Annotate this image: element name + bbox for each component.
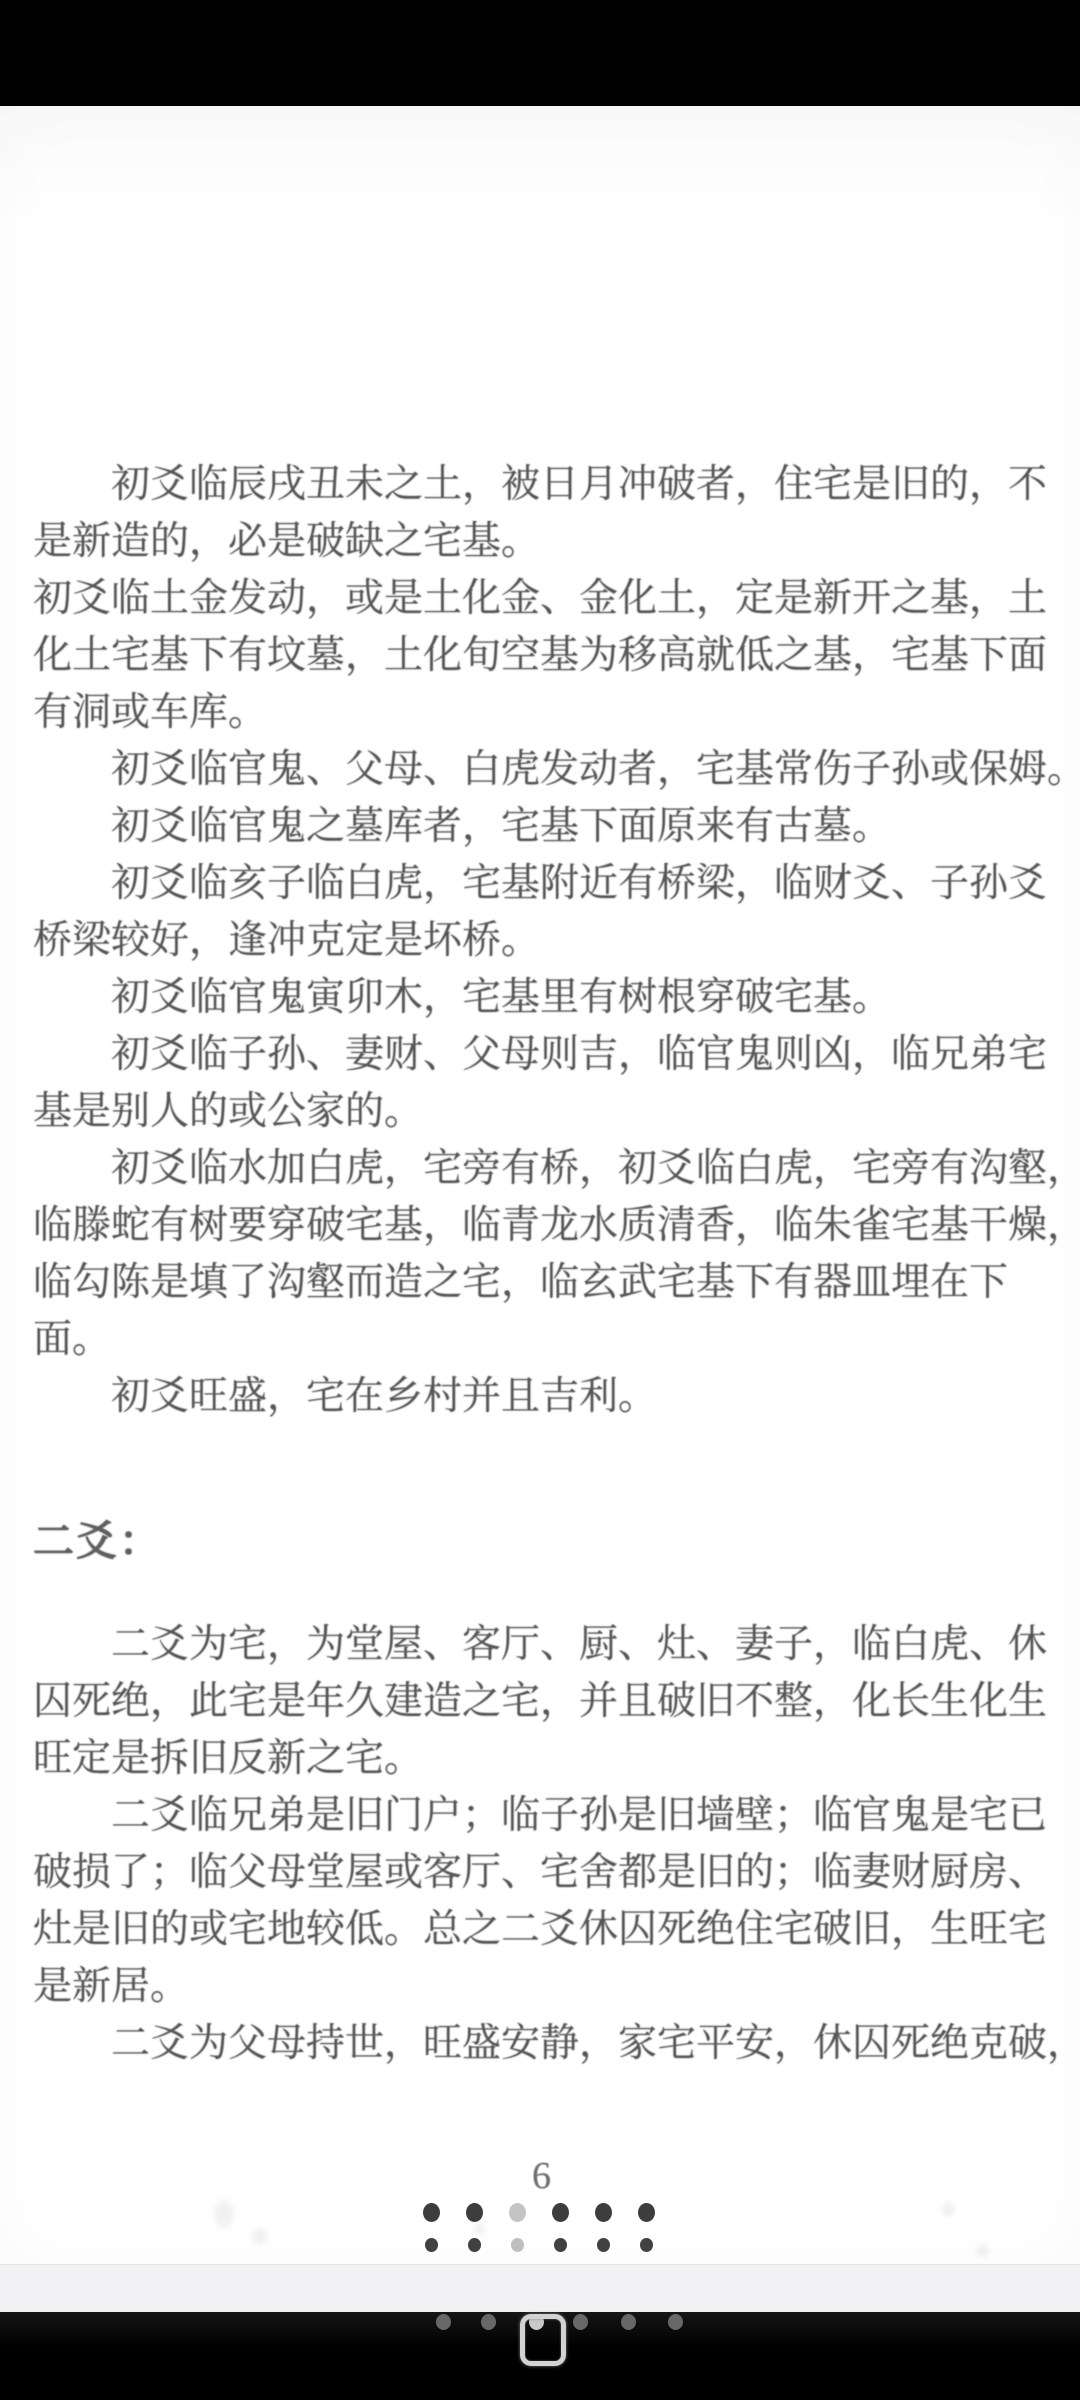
text-line: 初爻旺盛，宅在乡村并且吉利。 [33, 1368, 1050, 1425]
section-heading: 二爻： [33, 1513, 1050, 1570]
text-line: 化土宅基下有坟墓，土化旬空基为移高就低之基，宅基下面 [33, 627, 1050, 684]
reader-page[interactable]: 初爻临辰戌丑未之土，被日月冲破者，住宅是旧的，不是新造的，必是破缺之宅基。初爻临… [0, 106, 1080, 2264]
text-line: 二爻为宅，为堂屋、客厅、厨、灶、妻子，临白虎、休 [33, 1616, 1050, 1673]
scan-smudge [474, 2222, 485, 2235]
dot-mark [597, 2238, 610, 2252]
text-line: 是新居。 [33, 1958, 1050, 2015]
text-line: 初爻临土金发动，或是土化金、金化土，定是新开之基，土 [33, 570, 1050, 627]
text-line: 二爻为父母持世，旺盛安静，家宅平安，休囚死绝克破， [33, 2015, 1050, 2072]
text-line: 初爻临辰戌丑未之土，被日月冲破者，住宅是旧的，不 [33, 456, 1050, 513]
text-line: 二爻临兄弟是旧门户；临子孙是旧墙壁；临官鬼是宅已 [33, 1787, 1050, 1844]
dot-mark [468, 2238, 481, 2252]
dot-mark [640, 2238, 653, 2252]
text-line: 临勾陈是填了沟壑而造之宅，临玄武宅基下有器皿埋在下 [33, 1254, 1050, 1311]
dot-mark [511, 2238, 524, 2252]
text-line: 桥梁较好，逢冲克定是坏桥。 [33, 912, 1050, 969]
dot-mark [638, 2203, 655, 2222]
page-number: 6 [33, 2148, 1050, 2205]
text-line: 灶是旧的或宅地较低。总之二爻休囚死绝住宅破旧，生旺宅 [33, 1901, 1050, 1958]
text-line: 初爻临亥子临白虎，宅基附近有桥梁，临财爻、子孙爻 [33, 855, 1050, 912]
dot-mark [423, 2203, 440, 2222]
text-line: 初爻临水加白虎，宅旁有桥，初爻临白虎，宅旁有沟壑， [33, 1140, 1050, 1197]
dot-mark [668, 2314, 683, 2330]
text-line: 面。 [33, 1311, 1050, 1368]
dot-mark [595, 2203, 612, 2222]
scan-smudge [252, 2228, 267, 2245]
text-line: 初爻临子孙、妻财、父母则吉，临官鬼则凶，临兄弟宅 [33, 1026, 1050, 1083]
dot-mark [509, 2203, 526, 2222]
dot-mark [554, 2238, 567, 2252]
text-line: 初爻临官鬼之墓库者，宅基下面原来有古墓。 [33, 798, 1050, 855]
text-line: 有洞或车库。 [33, 684, 1050, 741]
top-black-bar [0, 0, 1080, 109]
page-text-block: 初爻临辰戌丑未之土，被日月冲破者，住宅是旧的，不是新造的，必是破缺之宅基。初爻临… [33, 456, 1050, 2205]
home-button[interactable] [520, 2314, 566, 2366]
dot-mark [466, 2203, 483, 2222]
dot-mark [621, 2314, 636, 2330]
bottom-shade-band [0, 2264, 1080, 2313]
scan-smudge [942, 2202, 955, 2217]
text-line: 破损了；临父母堂屋或客厅、宅舍都是旧的；临妻财厨房、 [33, 1844, 1050, 1901]
text-line: 旺定是拆旧反新之宅。 [33, 1730, 1050, 1787]
dot-mark [552, 2203, 569, 2222]
dot-mark [436, 2314, 451, 2330]
scan-smudge [976, 2244, 989, 2257]
scan-smudge [214, 2200, 234, 2228]
dot-mark [573, 2314, 588, 2330]
dot-mark [481, 2314, 496, 2330]
text-line: 初爻临官鬼、父母、白虎发动者，宅基常伤子孙或保姆。 [33, 741, 1050, 798]
text-line: 初爻临官鬼寅卯木，宅基里有树根穿破宅基。 [33, 969, 1050, 1026]
text-line: 是新造的，必是破缺之宅基。 [33, 513, 1050, 570]
text-line: 囚死绝，此宅是年久建造之宅，并且破旧不整，化长生化生 [33, 1673, 1050, 1730]
dot-mark [425, 2238, 438, 2252]
screen: { "page": { "heading": "二爻：", "page_numb… [0, 0, 1080, 2400]
text-line: 临滕蛇有树要穿破宅基，临青龙水质清香，临朱雀宅基干燥， [33, 1197, 1050, 1254]
text-line: 基是别人的或公家的。 [33, 1083, 1050, 1140]
